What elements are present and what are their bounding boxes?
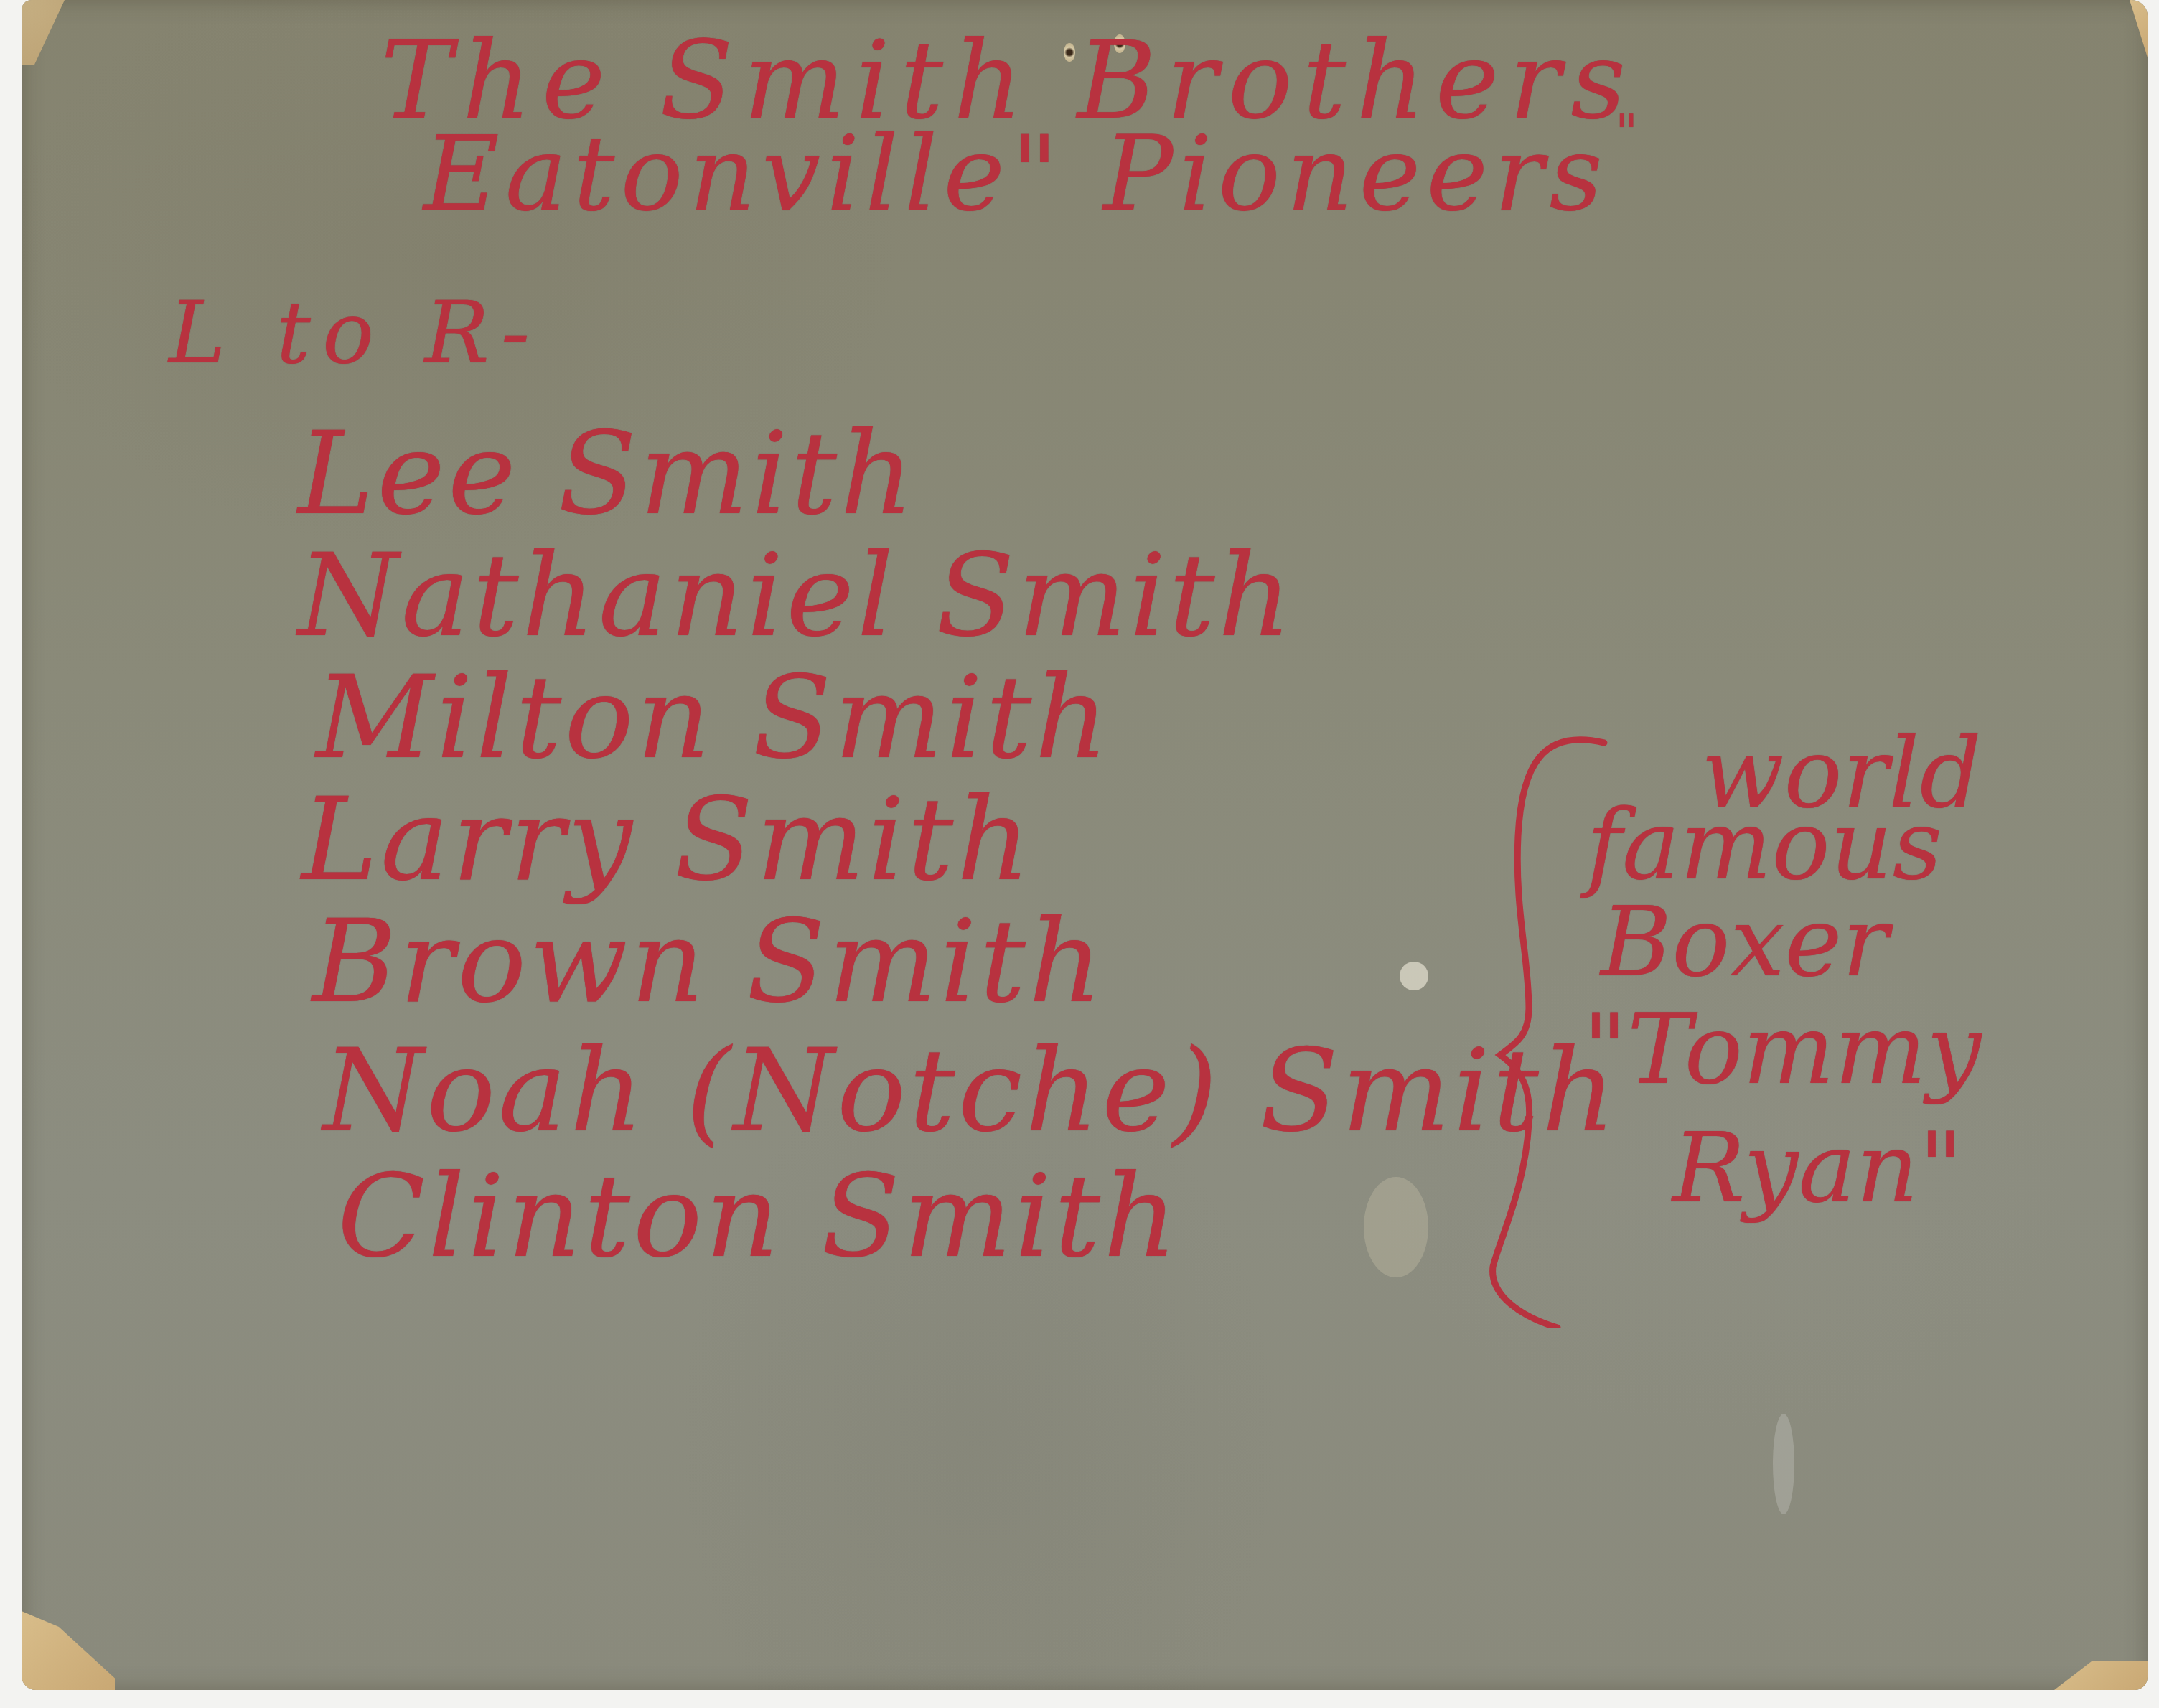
- name-list-item: Milton Smith: [316, 660, 1112, 775]
- side-note-line: Boxer: [1601, 893, 1888, 990]
- worn-corner-top-left: [22, 0, 65, 65]
- name-list-item: Lee Smith: [298, 416, 917, 531]
- side-note-line: famous: [1586, 797, 1942, 893]
- worn-corner-top-right: [2130, 0, 2148, 57]
- scanned-card-page: The Smith Brothers Eatonville" Pioneers …: [0, 0, 2159, 1708]
- name-list-item: Larry Smith: [301, 782, 1034, 897]
- side-note-line: "Tommy: [1583, 1001, 1981, 1098]
- title-line-2: Eatonville" Pioneers: [423, 122, 1608, 226]
- card-stain: [1364, 1177, 1428, 1277]
- name-list-item-bracketed: Noah (Notche) Smith: [323, 1033, 1619, 1148]
- name-list-item: Brown Smith: [312, 904, 1105, 1019]
- left-to-right-caption: L to R-: [169, 291, 541, 377]
- card-scratch: [1773, 1414, 1794, 1514]
- side-note-line: Ryan": [1672, 1120, 1963, 1216]
- photo-mount-card: The Smith Brothers Eatonville" Pioneers …: [22, 0, 2148, 1690]
- worn-corner-bottom-left: [22, 1611, 115, 1690]
- title-trailing-mark: ": [1615, 108, 1638, 158]
- worn-corner-bottom-right: [2054, 1661, 2148, 1690]
- name-list-item: Nathaniel Smith: [298, 538, 1295, 653]
- name-list-item: Clinton Smith: [337, 1159, 1180, 1274]
- card-scuff: [1400, 962, 1428, 990]
